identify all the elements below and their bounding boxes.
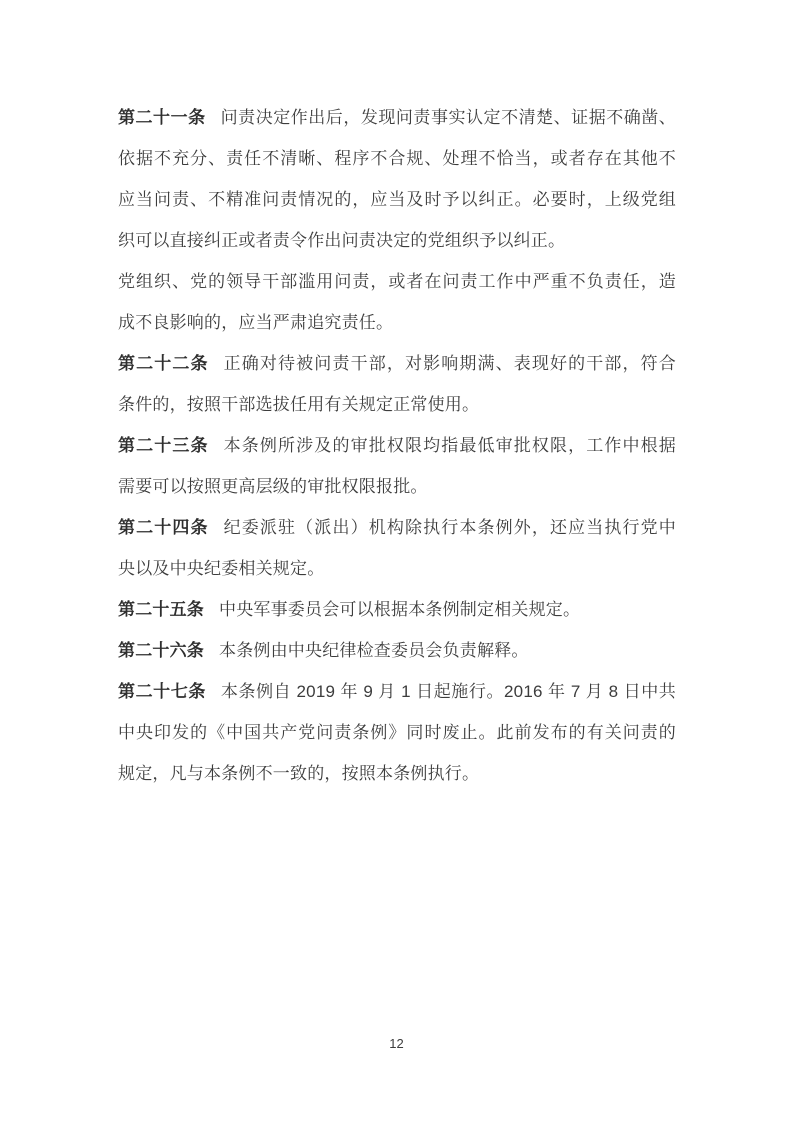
- article-number: 第二十三条: [118, 436, 209, 455]
- paragraph: 第二十六条本条例由中央纪律检查委员会负责解释。: [118, 630, 676, 671]
- text-line: 条件的，按照干部选拔任用有关规定正常使用。: [118, 384, 676, 425]
- paragraph: 第二十二条正确对待被问责干部，对影响期满、表现好的干部，符合条件的，按照干部选拔…: [118, 343, 676, 425]
- text-line: 中央印发的《中国共产党问责条例》同时废止。此前发布的有关问责的: [118, 712, 676, 753]
- text-line: 规定，凡与本条例不一致的，按照本条例执行。: [118, 753, 676, 794]
- text-line: 第二十一条问责决定作出后，发现问责事实认定不清楚、证据不确凿、: [118, 97, 676, 138]
- text-line: 第二十七条本条例自 2019 年 9 月 1 日起施行。2016 年 7 月 8…: [118, 671, 676, 712]
- text-line: 党组织、党的领导干部滥用问责，或者在问责工作中严重不负责任，造: [118, 261, 676, 302]
- paragraph: 第二十三条本条例所涉及的审批权限均指最低审批权限，工作中根据需要可以按照更高层级…: [118, 425, 676, 507]
- page-number: 12: [0, 1036, 793, 1051]
- document-body: 第二十一条问责决定作出后，发现问责事实认定不清楚、证据不确凿、依据不充分、责任不…: [118, 97, 676, 794]
- paragraph: 第二十七条本条例自 2019 年 9 月 1 日起施行。2016 年 7 月 8…: [118, 671, 676, 794]
- text-line: 需要可以按照更高层级的审批权限报批。: [118, 466, 676, 507]
- text-line: 依据不充分、责任不清晰、程序不合规、处理不恰当，或者存在其他不: [118, 138, 676, 179]
- text-line: 第二十四条纪委派驻（派出）机构除执行本条例外，还应当执行党中: [118, 507, 676, 548]
- article-number: 第二十五条: [118, 600, 204, 619]
- paragraph: 第二十一条问责决定作出后，发现问责事实认定不清楚、证据不确凿、依据不充分、责任不…: [118, 97, 676, 261]
- paragraph: 第二十五条中央军事委员会可以根据本条例制定相关规定。: [118, 589, 676, 630]
- text-line: 第二十六条本条例由中央纪律检查委员会负责解释。: [118, 630, 676, 671]
- text-line: 织可以直接纠正或者责令作出问责决定的党组织予以纠正。: [118, 220, 676, 261]
- text-line: 第二十二条正确对待被问责干部，对影响期满、表现好的干部，符合: [118, 343, 676, 384]
- article-number: 第二十一条: [118, 108, 206, 127]
- article-number: 第二十四条: [118, 518, 209, 537]
- text-line: 第二十五条中央军事委员会可以根据本条例制定相关规定。: [118, 589, 676, 630]
- text-line: 应当问责、不精准问责情况的，应当及时予以纠正。必要时，上级党组: [118, 179, 676, 220]
- paragraph: 第二十四条纪委派驻（派出）机构除执行本条例外，还应当执行党中央以及中央纪委相关规…: [118, 507, 676, 589]
- paragraph: 党组织、党的领导干部滥用问责，或者在问责工作中严重不负责任，造成不良影响的，应当…: [118, 261, 676, 343]
- document-page: 第二十一条问责决定作出后，发现问责事实认定不清楚、证据不确凿、依据不充分、责任不…: [0, 0, 793, 1122]
- text-line: 成不良影响的，应当严肃追究责任。: [118, 302, 676, 343]
- article-number: 第二十六条: [118, 641, 204, 660]
- article-number: 第二十二条: [118, 354, 209, 373]
- article-number: 第二十七条: [118, 682, 206, 701]
- text-line: 第二十三条本条例所涉及的审批权限均指最低审批权限，工作中根据: [118, 425, 676, 466]
- text-line: 央以及中央纪委相关规定。: [118, 548, 676, 589]
